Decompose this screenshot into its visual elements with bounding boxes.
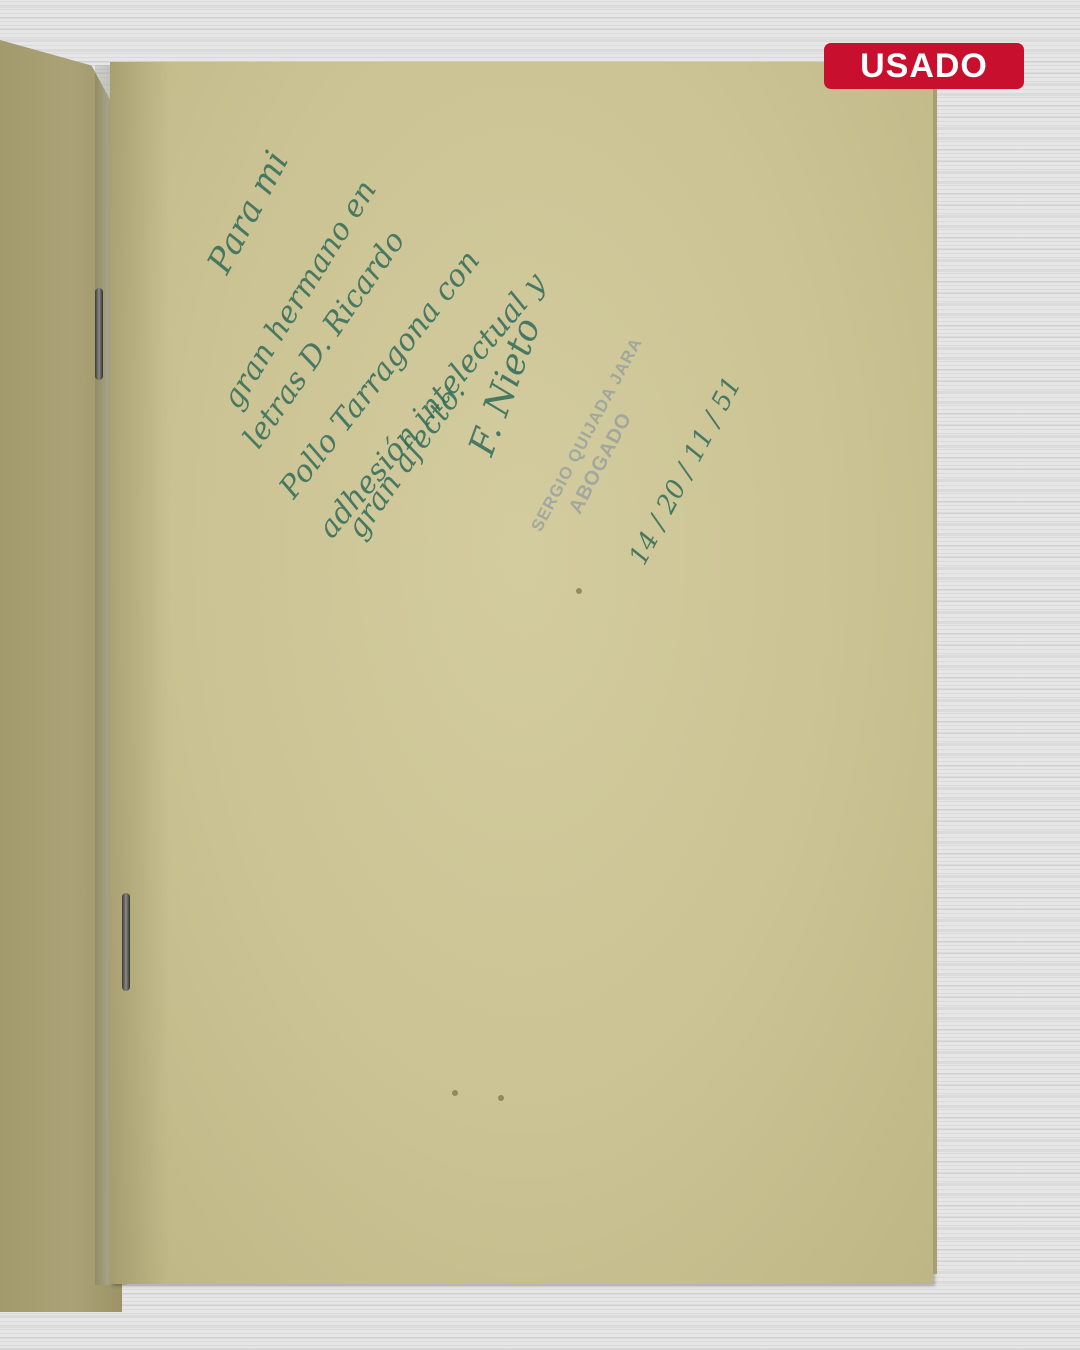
right-page (110, 62, 933, 1284)
used-condition-badge: USADO (824, 43, 1024, 89)
product-photo: Para mi gran hermano en letras D. Ricard… (0, 0, 1080, 1350)
foxing-spot (576, 588, 582, 594)
foxing-spot (452, 1090, 458, 1096)
foxing-spot (498, 1095, 504, 1101)
staple-top-icon (95, 288, 103, 380)
staple-bottom-icon (122, 893, 130, 991)
page-edge (933, 82, 937, 1274)
